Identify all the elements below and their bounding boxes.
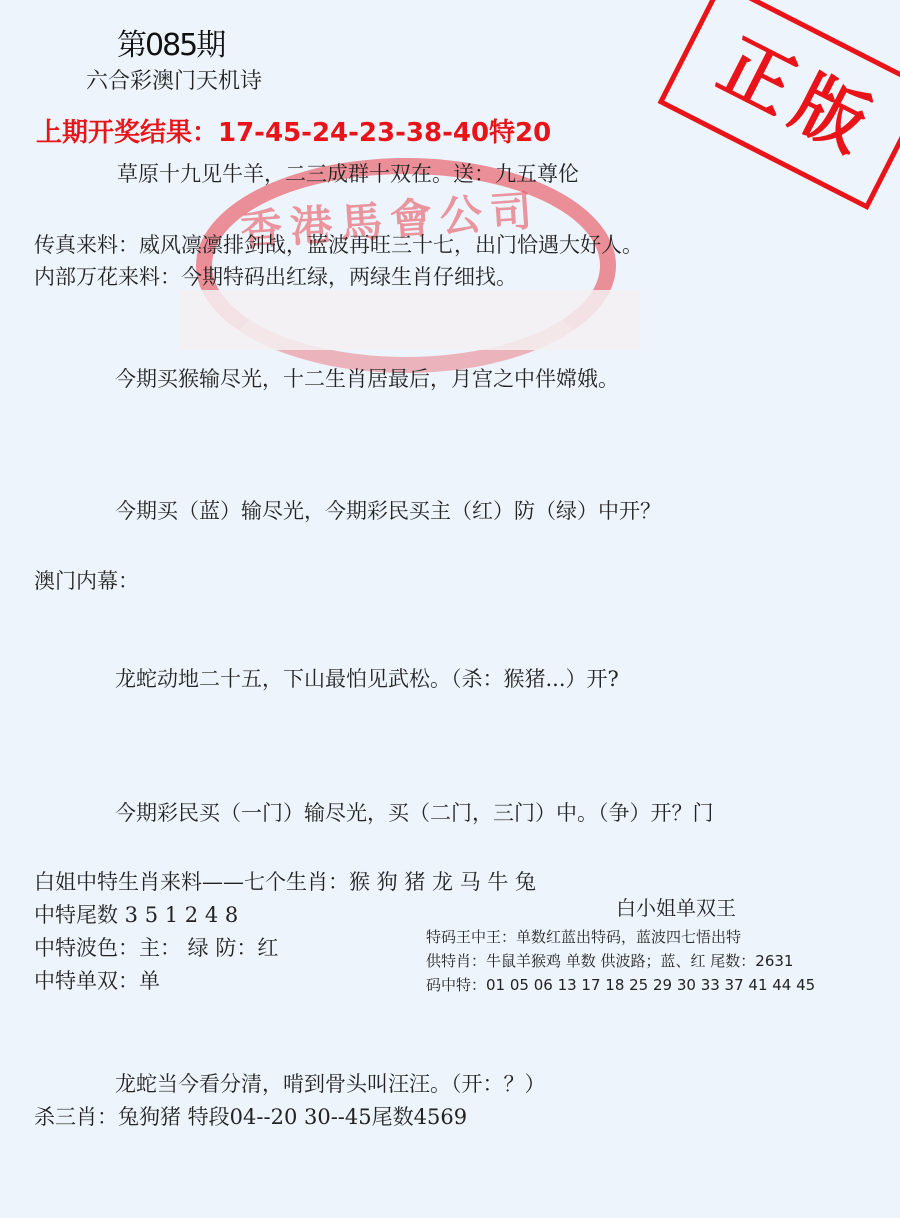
authentic-stamp: 正 版 <box>658 0 900 210</box>
box-line-2: 供特肖：牛鼠羊猴鸡 单数 供波路；蓝、红 尾数：2631 <box>426 949 886 973</box>
watermark-mask <box>180 290 640 350</box>
box-line-1: 特码王中王：单数红蓝出特码，蓝波四七悟出特 <box>426 925 886 949</box>
poem-line-5: 今期彩民买（一门）输尽光，买（二门，三门）中。（争）开？门 <box>115 797 714 827</box>
inside-material-line: 内部万花来料：今期特码出红绿，两绿生肖仔细找。 <box>34 261 517 291</box>
page-subtitle: 六合彩澳门天机诗 <box>86 64 262 95</box>
wave-color-line: 中特波色：主： 绿 防：红 <box>34 932 278 962</box>
stamp-char-2: 版 <box>782 65 879 162</box>
issue-title: 第085期 <box>117 20 224 64</box>
poem-line-4: 龙蛇动地二十五，下山最怕见武松。（杀：猴猪...）开? <box>115 663 619 693</box>
poem-line-1: 草原十九见牛羊，二三成群十双在。送：九五尊伦 <box>117 158 579 188</box>
box-title: 白小姐单双王 <box>466 892 886 921</box>
odd-even-line: 中特单双：单 <box>34 965 160 995</box>
box-line-3: 码中特：01 05 06 13 17 18 25 29 30 33 37 41 … <box>426 973 886 997</box>
macau-inside-heading: 澳门内幕： <box>34 565 139 595</box>
poem-line-2: 今期买猴输尽光，十二生肖居最后，月宫之中伴嫦娥。 <box>115 363 619 393</box>
poem-line-6: 龙蛇当今看分清，啃到骨头叫汪汪。（开：？） <box>115 1068 546 1098</box>
fax-material-line: 传真来料：威风凛凛排剑战，蓝波再旺三十七，出门恰遇大好人。 <box>34 229 643 259</box>
tail-numbers-line: 中特尾数 3 5 1 2 4 8 <box>34 899 238 929</box>
poem-line-3: 今期买（蓝）输尽光，今期彩民买主（红）防（绿）中开？ <box>115 495 661 525</box>
kill-three-line: 杀三肖：兔狗猪 特段04--20 30--45尾数4569 <box>34 1101 467 1131</box>
last-draw-result: 上期开奖结果：17-45-24-23-38-40特20 <box>36 112 551 149</box>
white-lady-odd-even-box: 白小姐单双王 特码王中王：单数红蓝出特码，蓝波四七悟出特 供特肖：牛鼠羊猴鸡 单… <box>426 892 886 997</box>
